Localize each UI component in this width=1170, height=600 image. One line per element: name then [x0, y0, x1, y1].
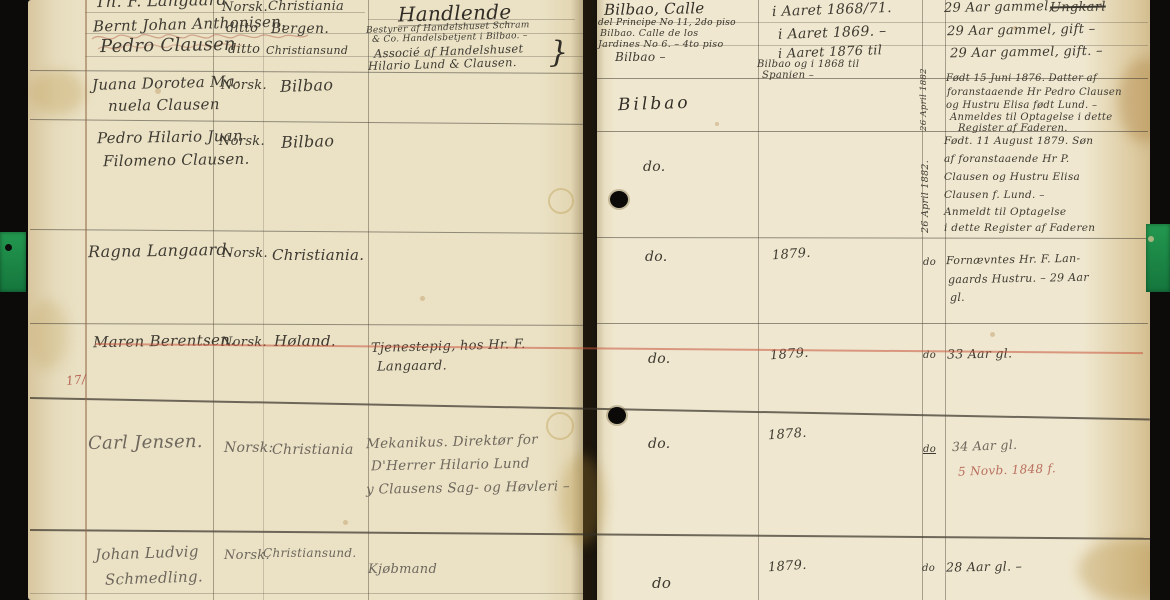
entry-note-line: og Hustru Elisa født Lund. – — [946, 101, 1097, 111]
entry-occupation: y Clausens Sag- og Høvleri – — [366, 480, 570, 497]
entry-note-line: Født. 11 August 1879. Søn — [944, 136, 1093, 147]
entry-nationality: Norsk. — [219, 135, 265, 148]
entry-name: Pedro Clausen — [100, 36, 236, 56]
bookmark-tab-right — [1146, 224, 1170, 292]
entry-nationality: Norsk. — [222, 1, 268, 14]
entry-name: Filomeno Clausen. — [103, 152, 250, 170]
stain — [28, 300, 68, 370]
entry-note-line: Register af Faderen. — [958, 124, 1068, 134]
entry-nationality: Norsk. — [222, 247, 268, 260]
entry-ditto: do — [922, 564, 935, 574]
entry-age-struck: Ungkarl — [1050, 1, 1106, 15]
ring-stain — [546, 412, 574, 440]
entry-year: 1879. — [768, 559, 808, 575]
scan-edge-left — [0, 0, 28, 600]
entry-residence: do. — [643, 160, 666, 174]
punch-hole — [610, 191, 628, 208]
entry-ditto: do — [923, 351, 936, 361]
entry-ditto: do — [923, 258, 936, 268]
entry-residence: do. — [648, 437, 671, 451]
entry-age: 28 Aar gl. – — [946, 560, 1022, 574]
entry-home: Christiansund — [266, 45, 348, 56]
column-line — [758, 0, 759, 600]
margin-note: 17/ — [65, 373, 86, 387]
tab-hole — [5, 244, 12, 251]
speck — [990, 332, 995, 337]
speck — [715, 122, 719, 126]
entry-name: Ragna Langaard. — [88, 242, 233, 261]
registration-date-vertical: 26 April 1882. — [921, 160, 931, 233]
entry-note-line: Anmeldes til Optagelse i dette — [950, 113, 1112, 123]
entry-residence: do. — [648, 352, 671, 366]
entry-note-line: Født 15 Juni 1876. Datter af — [946, 74, 1097, 84]
entry-home: Christiansund. — [263, 547, 357, 559]
entry-address: Jardines No 6. – 4to piso — [598, 40, 724, 50]
entry-name: Th. F. Langaard — [95, 0, 227, 10]
entry-age: 33 Aar gl. — [947, 347, 1012, 361]
entry-occupation: Kjøbmand — [368, 563, 437, 576]
entry-note-line: gl. — [950, 292, 965, 303]
ruled-line — [597, 323, 1148, 324]
registration-date-vertical: 26 April 1882 — [920, 68, 929, 131]
scan-edge-right — [1150, 0, 1170, 600]
entry-age: 34 Aar gl. — [952, 439, 1018, 454]
column-line — [368, 0, 369, 600]
entry-address: del Principe No 11, 2do piso — [598, 19, 736, 28]
tab-highlight — [1148, 236, 1154, 242]
entry-note-line: Clausen f. Lund. – — [944, 190, 1045, 201]
margin-line — [85, 0, 87, 600]
entry-residence: Bilbao — [618, 95, 691, 115]
entry-nationality: ditto — [228, 43, 260, 56]
entry-residence: do. — [645, 250, 668, 264]
entry-note-line: gaards Hustru. – 29 Aar — [948, 272, 1089, 285]
entry-note-line: foranstaaende Hr Pedro Clausen — [947, 88, 1122, 98]
entry-name: Carl Jensen. — [88, 433, 203, 453]
scanned-register-page: Th. F. Langaard Norsk. Christiania Handl… — [0, 0, 1170, 600]
entry-home: Christiania — [268, 0, 344, 13]
entry-age: 29 Aar gammel, gift – — [947, 23, 1096, 39]
ring-stain — [548, 188, 574, 214]
entry-occupation: Langaard. — [377, 359, 447, 373]
speck — [420, 296, 425, 301]
entry-name: Maren Berentsen. — [93, 333, 235, 350]
entry-arrival: Bilbao og i 1868 til — [757, 60, 859, 70]
entry-residence: do — [652, 576, 671, 591]
entry-note-line: Clausen og Hustru Elisa — [944, 172, 1080, 183]
entry-nationality: Norsk. — [221, 336, 267, 349]
entry-year: 1878. — [768, 427, 808, 443]
entry-address: Bilbao, Calle — [604, 1, 705, 18]
entry-arrival: Spanien – — [762, 71, 814, 81]
punch-hole — [608, 407, 626, 424]
entry-address: Bilbao. Calle de los — [600, 29, 698, 39]
entry-year: 1879. — [772, 247, 812, 263]
ruled-line — [30, 593, 583, 594]
entry-nationality: Norsk: — [224, 441, 274, 455]
entry-name: nuela Clausen — [108, 97, 220, 114]
entry-note-line: i dette Register af Faderen — [944, 223, 1095, 234]
entry-occupation: D'Herrer Hilario Lund — [371, 458, 530, 474]
entry-note-line: Anmeldt til Optagelse — [944, 207, 1066, 218]
entry-ditto: do — [923, 445, 936, 455]
entry-home: Christiania — [272, 443, 354, 457]
speck — [343, 520, 348, 525]
entry-age: 29 Aar gammel, gift. – — [950, 45, 1103, 61]
entry-home: Bilbao — [280, 77, 334, 95]
stain — [560, 455, 605, 545]
entry-nationality: Norsk. — [221, 79, 267, 92]
brace: } — [549, 38, 568, 68]
entry-age: 29 Aar gammel, — [944, 0, 1053, 15]
entry-red-note: 5 Novb. 1848 f. — [958, 462, 1056, 477]
entry-name: Juana Dorotea Ma- — [92, 74, 241, 93]
entry-arrival: i Aaret 1868/71. — [772, 1, 892, 19]
entry-home: Christiania. — [272, 248, 364, 263]
entry-name: Schmedling. — [105, 569, 203, 587]
entry-note-line: af foranstaaende Hr P. — [944, 154, 1070, 165]
entry-name: Johan Ludvig — [95, 544, 199, 563]
entry-home: Bilbao — [281, 133, 335, 151]
entry-arrival: i Aaret 1869. – — [778, 24, 887, 42]
entry-note-line: Fornævntes Hr. F. Lan- — [946, 253, 1081, 266]
stain — [30, 70, 85, 115]
column-line — [945, 0, 946, 600]
entry-address: Bilbao – — [615, 51, 666, 63]
bookmark-tab-left — [0, 232, 26, 292]
